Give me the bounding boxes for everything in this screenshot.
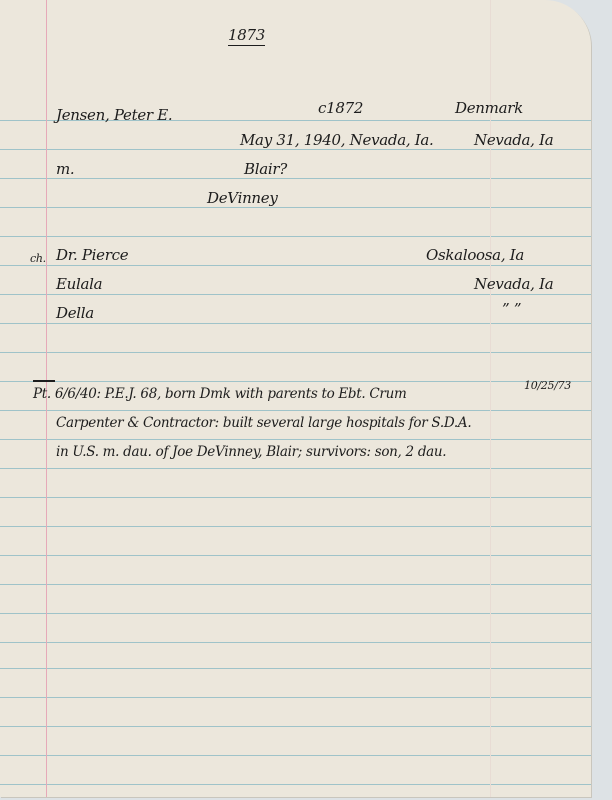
rule-line <box>0 381 591 382</box>
rule-line <box>0 584 591 585</box>
child-residence: ” ” <box>502 300 521 318</box>
rule-line <box>0 526 591 527</box>
rule-line <box>0 613 591 614</box>
rule-line <box>0 410 591 411</box>
birth-year: c1872 <box>318 99 363 117</box>
rule-line <box>0 468 591 469</box>
notebook-paper: 1873 Jensen, Peter E. c1872 Denmark May … <box>0 0 591 797</box>
rule-line <box>0 726 591 727</box>
child-residence: Nevada, Ia <box>474 275 553 293</box>
spouse-label: m. <box>56 160 74 178</box>
rule-line <box>0 697 591 698</box>
rule-line <box>0 755 591 756</box>
death-info: May 31, 1940, Nevada, Ia. <box>240 131 434 149</box>
rule-line <box>0 178 591 179</box>
spouse-name: DeVinney <box>207 189 278 207</box>
burial-place: Nevada, Ia <box>474 131 553 149</box>
rule-line <box>0 265 591 266</box>
rule-line <box>0 497 591 498</box>
rule-line <box>0 668 591 669</box>
person-name: Jensen, Peter E. <box>56 106 172 124</box>
page-title: 1873 <box>228 26 265 46</box>
rule-line <box>0 207 591 208</box>
rule-line <box>0 149 591 150</box>
child-name: Eulala <box>56 275 102 293</box>
rule-line <box>0 323 591 324</box>
rule-line <box>0 352 591 353</box>
note-line-1: Pt. 6/6/40: P.E.J. 68, born Dmk with par… <box>33 386 406 402</box>
rule-line <box>0 555 591 556</box>
children-label: ch. <box>30 252 46 265</box>
note-line-2: Carpenter & Contractor: built several la… <box>56 415 471 431</box>
section-divider <box>33 380 55 382</box>
child-name: Dr. Pierce <box>56 246 128 264</box>
spouse-place: Blair? <box>244 160 287 178</box>
birthplace: Denmark <box>455 99 523 117</box>
child-residence: Oskaloosa, Ia <box>426 246 524 264</box>
rule-line <box>0 294 591 295</box>
right-margin-line <box>490 0 491 797</box>
rule-line <box>0 642 591 643</box>
rule-line <box>0 236 591 237</box>
note-line-3: in U.S. m. dau. of Joe DeVinney, Blair; … <box>56 444 446 460</box>
note-reference: 10/25/73 <box>524 379 571 392</box>
child-name: Della <box>56 304 94 322</box>
rule-line <box>0 439 591 440</box>
rule-line <box>0 784 591 785</box>
